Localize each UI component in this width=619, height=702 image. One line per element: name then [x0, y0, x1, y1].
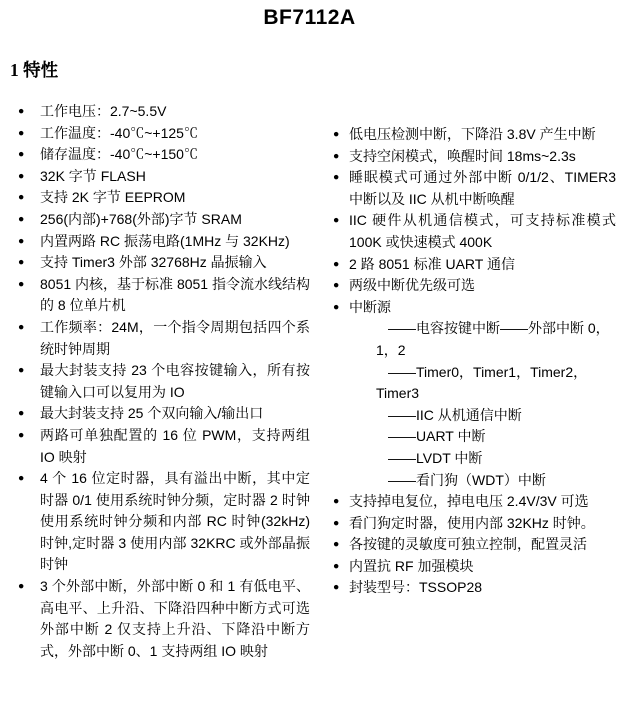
feature-item: ●低电压检测中断，下降沿 3.8V 产生中断	[333, 124, 616, 146]
feature-item-body: IIC 硬件从机通信模式，可支持标准模式 100K 或快速模式 400K	[349, 210, 616, 253]
feature-item-body: 支持掉电复位，掉电电压 2.4V/3V 可选	[349, 491, 616, 513]
interrupt-source-item: ——电容按键中断——外部中断 0，1，2	[349, 318, 616, 361]
feature-text: 支持掉电复位，掉电电压 2.4V/3V 可选	[349, 491, 616, 513]
feature-item: ●支持 2K 字节 EEPROM	[18, 187, 310, 209]
feature-item-body: 看门狗定时器，使用内部 32KHz 时钟。	[349, 513, 616, 535]
feature-item-body: 内置两路 RC 振荡电路(1MHz 与 32KHz)	[40, 231, 310, 253]
feature-text: 支持 Timer3 外部 32768Hz 晶振输入	[40, 252, 310, 274]
feature-item-body: 8051 内核，基于标准 8051 指令流水线结构的 8 位单片机	[40, 274, 310, 317]
feature-item: ●中断源——电容按键中断——外部中断 0，1，2——Timer0，Timer1，…	[333, 297, 616, 491]
bullet-icon: ●	[18, 101, 40, 123]
feature-text: 内置两路 RC 振荡电路(1MHz 与 32KHz)	[40, 231, 310, 253]
bullet-icon: ●	[18, 252, 40, 274]
feature-text: 低电压检测中断，下降沿 3.8V 产生中断	[349, 124, 616, 146]
bullet-icon: ●	[18, 187, 40, 209]
feature-item-body: 低电压检测中断，下降沿 3.8V 产生中断	[349, 124, 616, 146]
feature-item-body: 两路可单独配置的 16 位 PWM，支持两组 IO 映射	[40, 425, 310, 468]
feature-text: 32K 字节 FLASH	[40, 166, 310, 188]
feature-item: ●各按键的灵敏度可独立控制，配置灵活	[333, 534, 616, 556]
feature-item-body: 支持空闲模式，唤醒时间 18ms~2.3s	[349, 146, 616, 168]
feature-item: ●32K 字节 FLASH	[18, 166, 310, 188]
feature-text: 8051 内核，基于标准 8051 指令流水线结构的 8 位单片机	[40, 274, 310, 317]
feature-text: 工作温度：-40℃~+125℃	[40, 123, 310, 145]
feature-item: ●工作频率：24M，一个指令周期包括四个系统时钟周期	[18, 317, 310, 360]
bullet-icon: ●	[333, 124, 349, 146]
bullet-icon: ●	[18, 123, 40, 145]
bullet-icon: ●	[333, 167, 349, 189]
interrupt-source-item: ——LVDT 中断	[349, 448, 616, 470]
bullet-icon: ●	[18, 231, 40, 253]
feature-item: ●3 个外部中断，外部中断 0 和 1 有低电平、高电平、上升沿、下降沿四种中断…	[18, 576, 310, 662]
feature-item-body: 32K 字节 FLASH	[40, 166, 310, 188]
feature-item-body: 2 路 8051 标准 UART 通信	[349, 254, 616, 276]
feature-text: 睡眠模式可通过外部中断 0/1/2、TIMER3 中断以及 IIC 从机中断唤醒	[349, 167, 616, 210]
feature-text: 中断源	[349, 297, 616, 319]
feature-item: ●最大封装支持 25 个双向输入/输出口	[18, 403, 310, 425]
feature-text: 工作电压：2.7~5.5V	[40, 101, 310, 123]
interrupt-source-item: ——看门狗（WDT）中断	[349, 470, 616, 492]
bullet-icon: ●	[333, 210, 349, 232]
feature-text: 内置抗 RF 加强模块	[349, 556, 616, 578]
feature-item-body: 各按键的灵敏度可独立控制，配置灵活	[349, 534, 616, 556]
feature-item: ●工作温度：-40℃~+125℃	[18, 123, 310, 145]
feature-item: ●看门狗定时器，使用内部 32KHz 时钟。	[333, 513, 616, 535]
feature-item: ●工作电压：2.7~5.5V	[18, 101, 310, 123]
feature-item: ●最大封装支持 23 个电容按键输入，所有按键输入口可以复用为 IO	[18, 360, 310, 403]
feature-text: 3 个外部中断，外部中断 0 和 1 有低电平、高电平、上升沿、下降沿四种中断方…	[40, 576, 310, 662]
feature-item: ●内置两路 RC 振荡电路(1MHz 与 32KHz)	[18, 231, 310, 253]
feature-item-body: 内置抗 RF 加强模块	[349, 556, 616, 578]
feature-item: ●储存温度：-40℃~+150℃	[18, 144, 310, 166]
feature-text: 各按键的灵敏度可独立控制，配置灵活	[349, 534, 616, 556]
interrupt-source-item: ——IIC 从机通信中断	[349, 405, 616, 427]
feature-text: 封装型号：TSSOP28	[349, 577, 616, 599]
feature-text: 支持空闲模式，唤醒时间 18ms~2.3s	[349, 146, 616, 168]
bullet-icon: ●	[18, 317, 40, 339]
bullet-icon: ●	[18, 403, 40, 425]
feature-item-body: 最大封装支持 23 个电容按键输入，所有按键输入口可以复用为 IO	[40, 360, 310, 403]
feature-text: 4 个 16 位定时器，具有溢出中断，其中定时器 0/1 使用系统时钟分频，定时…	[40, 468, 310, 576]
bullet-icon: ●	[333, 146, 349, 168]
feature-item-body: 封装型号：TSSOP28	[349, 577, 616, 599]
bullet-icon: ●	[18, 274, 40, 296]
bullet-icon: ●	[18, 425, 40, 447]
feature-item-body: 储存温度：-40℃~+150℃	[40, 144, 310, 166]
bullet-icon: ●	[18, 209, 40, 231]
feature-item: ●4 个 16 位定时器，具有溢出中断，其中定时器 0/1 使用系统时钟分频，定…	[18, 468, 310, 576]
feature-item: ●8051 内核，基于标准 8051 指令流水线结构的 8 位单片机	[18, 274, 310, 317]
bullet-icon: ●	[333, 556, 349, 578]
bullet-icon: ●	[18, 468, 40, 490]
feature-item-body: 工作频率：24M，一个指令周期包括四个系统时钟周期	[40, 317, 310, 360]
interrupt-source-item: ——Timer0，Timer1，Timer2，Timer3	[349, 362, 616, 405]
feature-text: 工作频率：24M，一个指令周期包括四个系统时钟周期	[40, 317, 310, 360]
datasheet-page: BF7112A 1 特性 ●工作电压：2.7~5.5V●工作温度：-40℃~+1…	[0, 0, 619, 702]
feature-item-body: 睡眠模式可通过外部中断 0/1/2、TIMER3 中断以及 IIC 从机中断唤醒	[349, 167, 616, 210]
section-heading: 1 特性	[10, 57, 58, 82]
feature-item: ●两路可单独配置的 16 位 PWM，支持两组 IO 映射	[18, 425, 310, 468]
feature-text: 最大封装支持 25 个双向输入/输出口	[40, 403, 310, 425]
feature-text: 储存温度：-40℃~+150℃	[40, 144, 310, 166]
feature-item: ●封装型号：TSSOP28	[333, 577, 616, 599]
bullet-icon: ●	[333, 534, 349, 556]
feature-item-body: 工作温度：-40℃~+125℃	[40, 123, 310, 145]
features-left-column: ●工作电压：2.7~5.5V●工作温度：-40℃~+125℃●储存温度：-40℃…	[18, 101, 310, 662]
bullet-icon: ●	[18, 166, 40, 188]
bullet-icon: ●	[333, 513, 349, 535]
feature-item: ●睡眠模式可通过外部中断 0/1/2、TIMER3 中断以及 IIC 从机中断唤…	[333, 167, 616, 210]
bullet-icon: ●	[333, 275, 349, 297]
bullet-icon: ●	[333, 577, 349, 599]
feature-item-body: 4 个 16 位定时器，具有溢出中断，其中定时器 0/1 使用系统时钟分频，定时…	[40, 468, 310, 576]
feature-item-body: 工作电压：2.7~5.5V	[40, 101, 310, 123]
features-right-column: ●低电压检测中断，下降沿 3.8V 产生中断●支持空闲模式，唤醒时间 18ms~…	[333, 124, 616, 599]
bullet-icon: ●	[18, 576, 40, 598]
bullet-icon: ●	[18, 144, 40, 166]
feature-item: ●内置抗 RF 加强模块	[333, 556, 616, 578]
feature-text: 两级中断优先级可选	[349, 275, 616, 297]
bullet-icon: ●	[18, 360, 40, 382]
feature-item-body: 两级中断优先级可选	[349, 275, 616, 297]
feature-item-body: 支持 Timer3 外部 32768Hz 晶振输入	[40, 252, 310, 274]
feature-item-body: 支持 2K 字节 EEPROM	[40, 187, 310, 209]
feature-item-body: 256(内部)+768(外部)字节 SRAM	[40, 209, 310, 231]
bullet-icon: ●	[333, 254, 349, 276]
page-title: BF7112A	[0, 6, 619, 30]
interrupt-source-item: ——UART 中断	[349, 426, 616, 448]
bullet-icon: ●	[333, 491, 349, 513]
feature-text: 支持 2K 字节 EEPROM	[40, 187, 310, 209]
feature-item: ●256(内部)+768(外部)字节 SRAM	[18, 209, 310, 231]
feature-item-body: 3 个外部中断，外部中断 0 和 1 有低电平、高电平、上升沿、下降沿四种中断方…	[40, 576, 310, 662]
bullet-icon: ●	[333, 297, 349, 319]
feature-item: ●两级中断优先级可选	[333, 275, 616, 297]
feature-text: 最大封装支持 23 个电容按键输入，所有按键输入口可以复用为 IO	[40, 360, 310, 403]
feature-item: ●支持掉电复位，掉电电压 2.4V/3V 可选	[333, 491, 616, 513]
feature-text: 两路可单独配置的 16 位 PWM，支持两组 IO 映射	[40, 425, 310, 468]
feature-item: ●2 路 8051 标准 UART 通信	[333, 254, 616, 276]
feature-item: ●支持空闲模式，唤醒时间 18ms~2.3s	[333, 146, 616, 168]
feature-text: 看门狗定时器，使用内部 32KHz 时钟。	[349, 513, 616, 535]
feature-text: 2 路 8051 标准 UART 通信	[349, 254, 616, 276]
feature-text: IIC 硬件从机通信模式，可支持标准模式 100K 或快速模式 400K	[349, 210, 616, 253]
feature-item-body: 中断源——电容按键中断——外部中断 0，1，2——Timer0，Timer1，T…	[349, 297, 616, 491]
feature-item: ●IIC 硬件从机通信模式，可支持标准模式 100K 或快速模式 400K	[333, 210, 616, 253]
feature-text: 256(内部)+768(外部)字节 SRAM	[40, 209, 310, 231]
feature-item: ●支持 Timer3 外部 32768Hz 晶振输入	[18, 252, 310, 274]
feature-item-body: 最大封装支持 25 个双向输入/输出口	[40, 403, 310, 425]
